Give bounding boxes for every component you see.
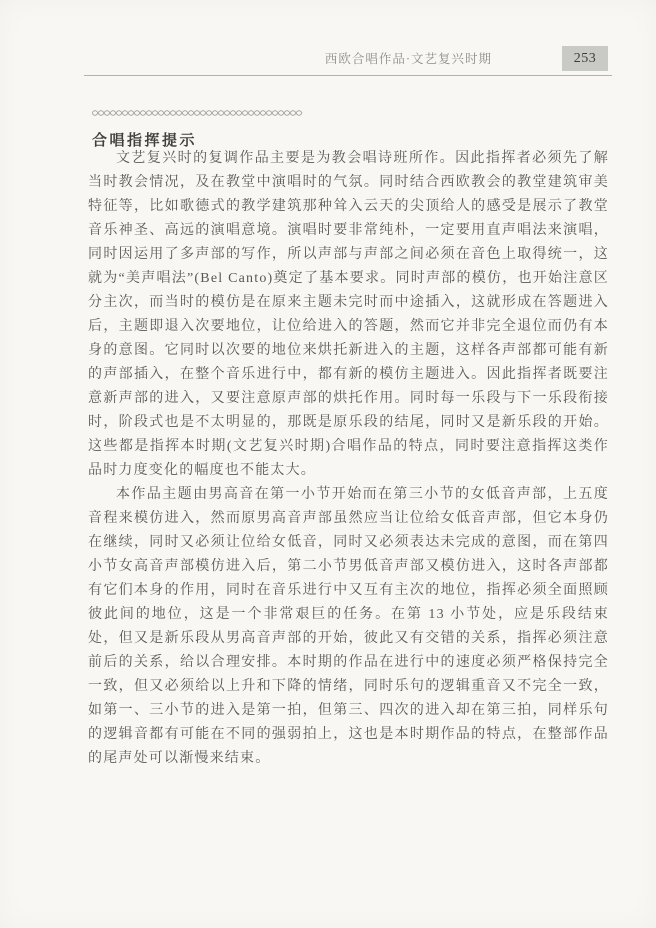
body-text-block: 文艺复兴时的复调作品主要是为教会唱诗班所作。因此指挥者必须先了解当时教会情况，及…: [88, 147, 609, 771]
header-rule-divider: [84, 75, 612, 76]
page-number-badge: 253: [562, 46, 608, 71]
body-paragraph: 本作品主题由男高音在第一小节开始而在第三小节的女低音声部，上五度音程来模仿进入，…: [88, 483, 609, 771]
body-paragraph: 文艺复兴时的复调作品主要是为教会唱诗班所作。因此指挥者必须先了解当时教会情况，及…: [88, 147, 609, 483]
book-page: 西欧合唱作品·文艺复兴时期 253 合唱指挥提示 文艺复兴时的复调作品主要是为教…: [0, 0, 656, 928]
squiggle-ornament-icon: [92, 108, 308, 118]
running-head-title: 西欧合唱作品·文艺复兴时期: [325, 49, 492, 67]
